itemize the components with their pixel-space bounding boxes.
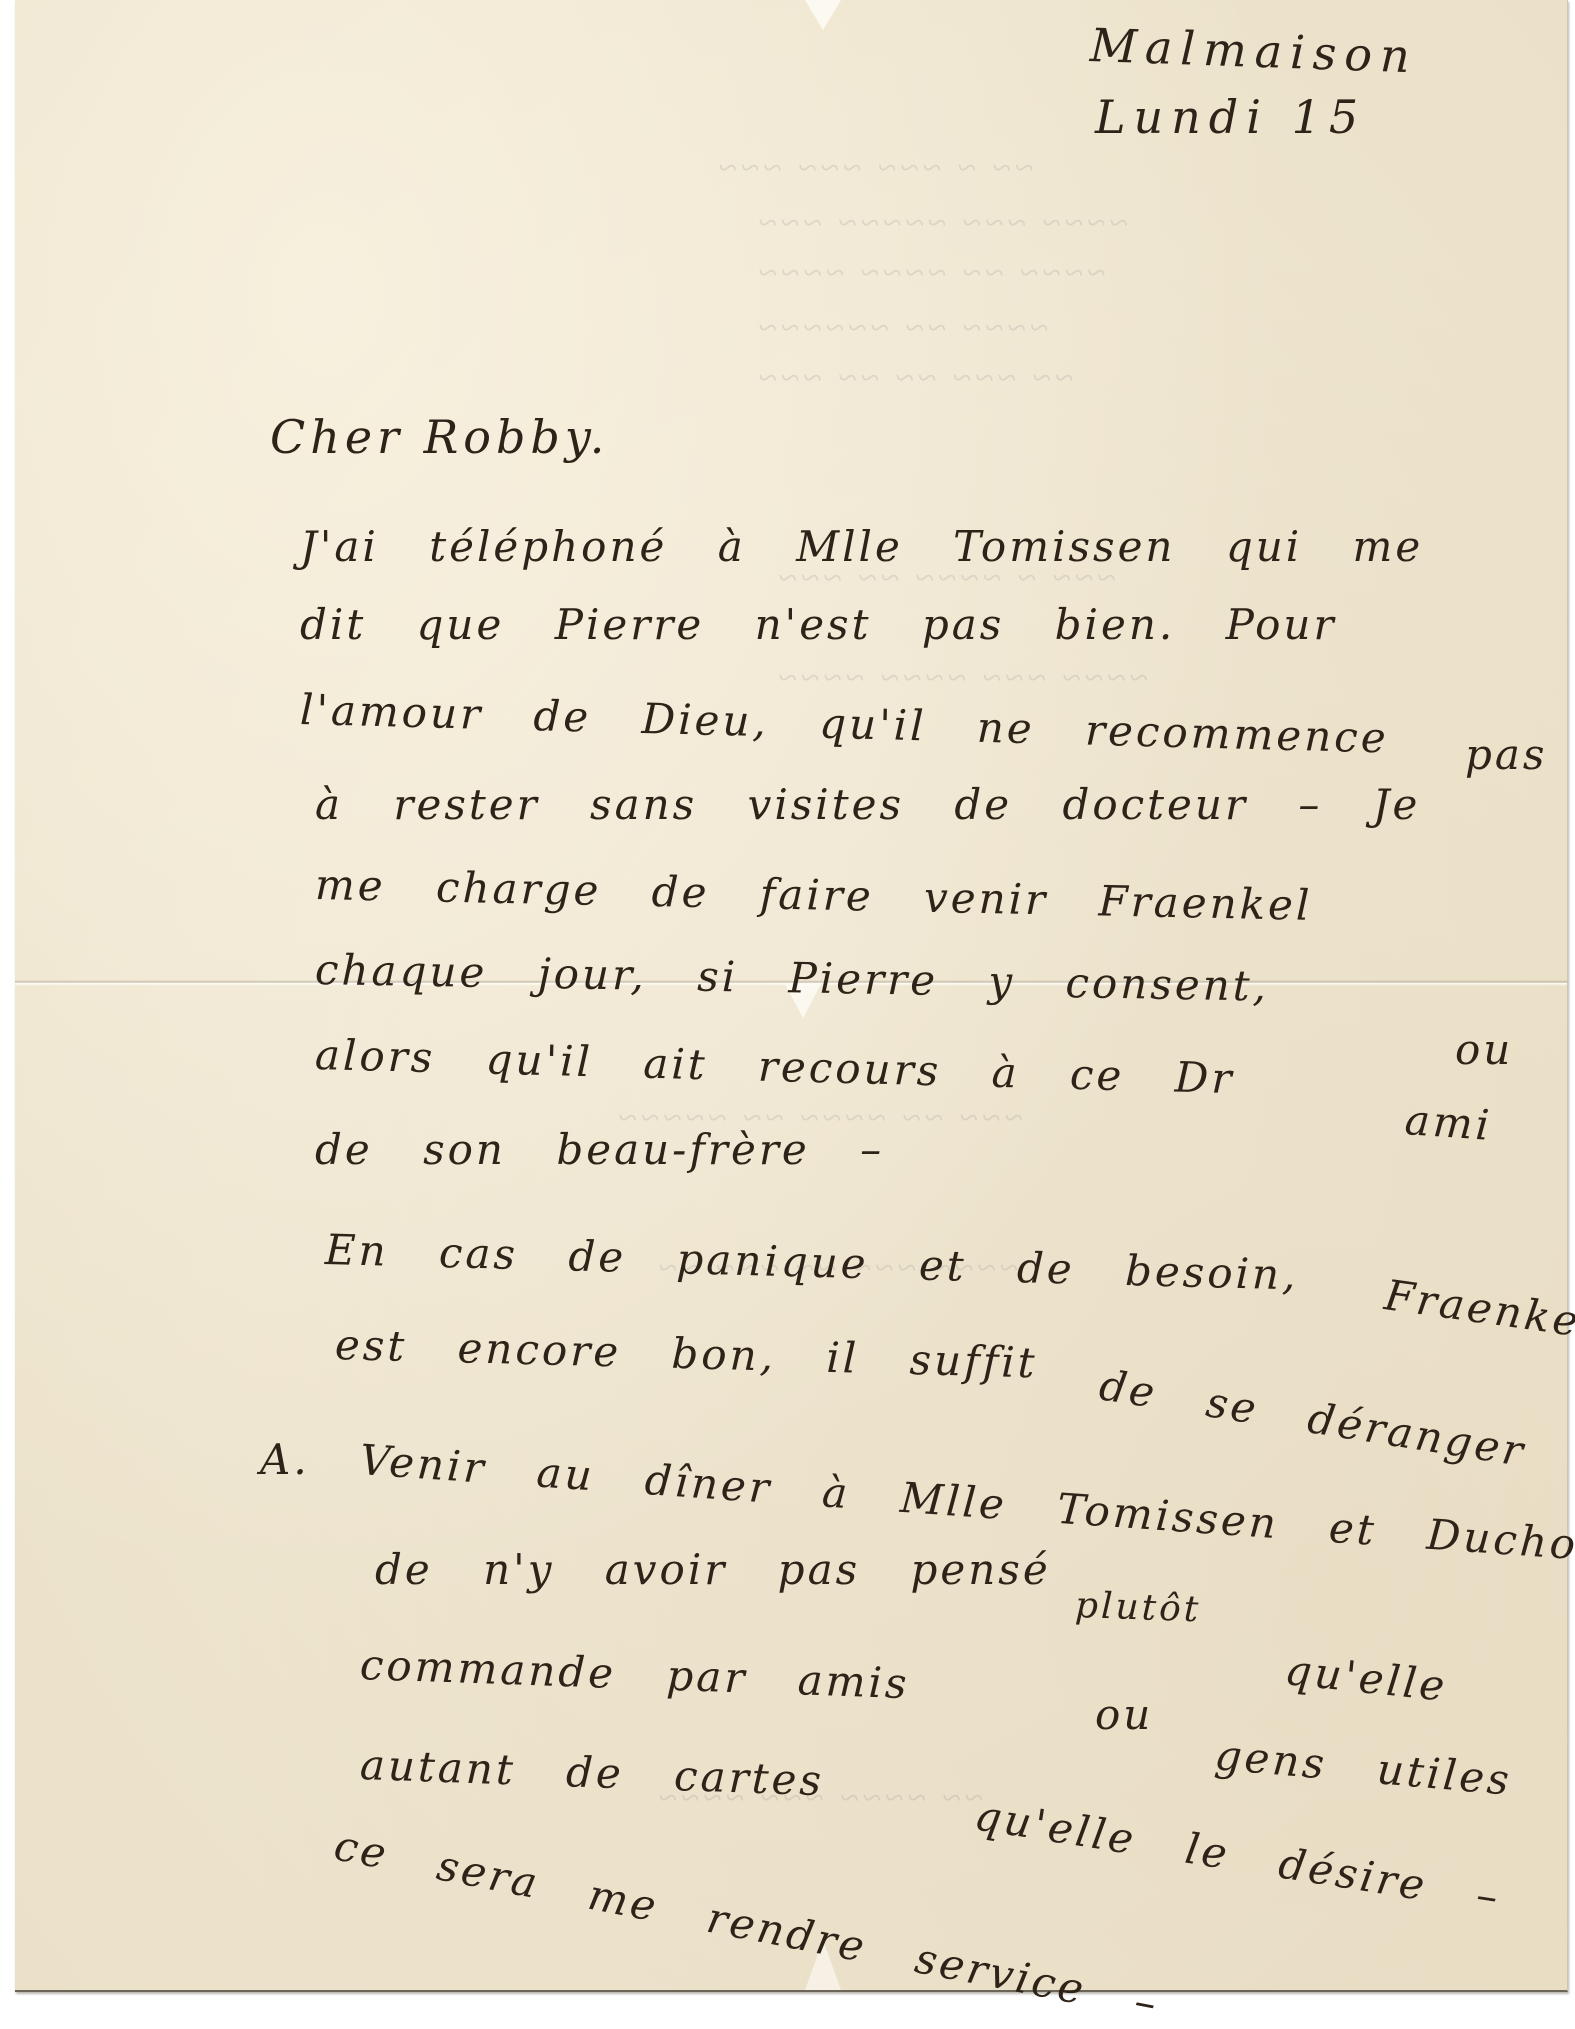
letter-page: ~~ ~ ~~~ ~~~ ~~~ ~~~~ ~~~ ~~~~~ ~~~ ~~~~… — [15, 0, 1568, 1992]
body-line: gens utiles — [1213, 1730, 1514, 1805]
body-line: J'ai téléphoné à Mlle Tomissen qui me — [300, 522, 1423, 571]
body-line: commande par amis — [359, 1640, 910, 1708]
body-line: ou — [1095, 1690, 1153, 1739]
body-line: à rester sans visites de docteur – Je — [315, 780, 1420, 829]
interlinear-insertion: plutôt — [1074, 1585, 1202, 1630]
body-line: de se déranger – — [1096, 1360, 1575, 1487]
bleed-through-text: ~~~~ ~~~ ~~~~ ~~~~ — [775, 660, 1148, 698]
bleed-through-text: ~~~~ ~~ ~~~~~~ — [755, 310, 1049, 348]
body-line: ami — [1403, 1095, 1494, 1150]
body-line: autant de cartes — [359, 1740, 825, 1805]
body-line: En cas de panique et de besoin, — [324, 1225, 1299, 1299]
bleed-through-text: ~~~~ ~~ ~~~~ ~~~~ — [755, 255, 1106, 293]
body-line: de son beau-frère – — [315, 1125, 884, 1174]
body-line: alors qu'il ait recours à ce Dr — [314, 1030, 1235, 1103]
item-marker: A. — [260, 1435, 310, 1484]
salutation: Cher Robby. — [270, 410, 609, 464]
letter-date: Lundi 15 — [1095, 90, 1366, 144]
bleed-through-text: ~~~~ ~~~ ~~~~~ ~~~ — [755, 205, 1128, 243]
body-line: qu'elle le désire – — [971, 1790, 1504, 1922]
body-line: chaque jour, si Pierre y consent, — [315, 945, 1270, 1011]
fold-notch — [805, 0, 841, 30]
body-line: dit que Pierre n'est pas bien. Pour — [300, 600, 1337, 649]
body-line: qu'elle — [1282, 1645, 1449, 1711]
body-line: pas — [1465, 730, 1547, 779]
body-line: est encore bon, il suffit — [334, 1320, 1038, 1387]
body-line: Fraenkel — [1382, 1270, 1575, 1348]
body-line: me charge de faire venir Fraenkel — [314, 860, 1312, 930]
body-line: ou — [1455, 1025, 1513, 1074]
body-line: de n'y avoir pas pensé — [375, 1545, 1051, 1594]
bleed-through-text: ~~ ~~~ ~~ ~~ ~~~ — [755, 360, 1074, 398]
letter-place: Malmaison — [1089, 18, 1419, 83]
bleed-through-text: ~~ ~ ~~~ ~~~ ~~~ — [715, 150, 1034, 188]
